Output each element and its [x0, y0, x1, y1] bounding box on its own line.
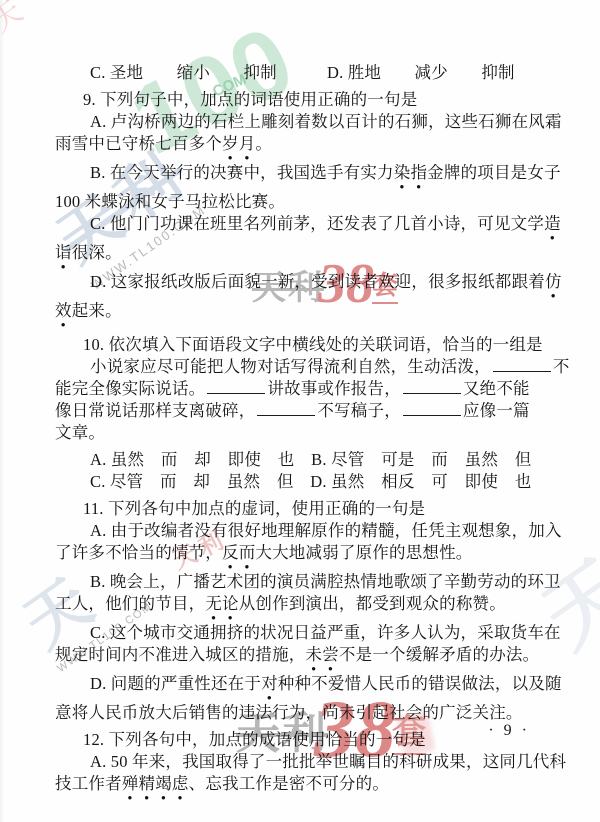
text-segment: 9. 下列句子中，加点的词语使用正确的一句是	[83, 90, 417, 109]
page-number: · 9 ·	[488, 722, 530, 740]
emphasized-text: 反而	[222, 543, 255, 562]
emphasized-text: 诣	[55, 243, 72, 262]
text-segment: 金牌的项目是女子	[427, 163, 561, 182]
blank-underline	[207, 379, 265, 394]
text-segment: 像日常说话那样支离破碎，	[55, 401, 255, 420]
text-segment: 种种不爱惜人民币的错误做法，以及随	[278, 674, 562, 693]
text-segment: 10. 依次填入下面语段文字中横线处的关联词语，恰当的一组是	[83, 335, 543, 354]
text-segment: 很深。	[72, 243, 122, 262]
emphasized-text: 岁月	[222, 134, 255, 153]
text-segment: C. 尽管 而 却 虽然 但 D. 虽然 相反 可 即使 也	[90, 472, 531, 491]
text-segment: 小说家应尽可能把人物对话写得流利自然，生动活泼，	[90, 357, 491, 376]
q8-options-cd: C. 圣地 缩小 抑制 D. 胜地 减少 抑制	[55, 62, 560, 84]
text-segment: 工人，他们的节目，	[55, 594, 205, 613]
text-segment: 12. 下列各句中，加点的成语使用恰当的一句是	[83, 730, 426, 749]
text-segment: D. 问题的严重性还在于	[90, 674, 261, 693]
emphasized-text: 对	[261, 674, 278, 693]
q10-passage-line1: 小说家应尽可能把人物对话写得流利自然，生动活泼，不	[55, 356, 560, 378]
text-segment: A. 卢沟桥两边的石栏上雕刻着数以百计的石狮，这些石狮在风霜	[90, 112, 562, 131]
text-segment: D. 这家报纸改版后面貌一新，受到读者欢迎，很多报纸都跟着	[90, 272, 545, 291]
q11-header: 11. 下列各句中加点的虚词，使用正确的一句是	[55, 498, 560, 520]
blank-underline	[403, 379, 461, 394]
text-segment: B. 在今天举行的决赛中，我国选手有实力	[90, 163, 394, 182]
q9-option-c-line1: C. 他门门功课在班里名列前茅，还发表了几首小诗，可见文学造	[55, 213, 560, 242]
q11-option-c-line1: C. 这个城市交通拥挤的状况日益严重，许多人认为，采取货车在	[55, 622, 560, 644]
q9-option-b-line2: 100 米蝶泳和女子马拉松比赛。	[55, 191, 560, 213]
text-segment: 讲故事或作报告，	[267, 379, 401, 398]
q10-options-ab: A. 虽然 而 却 即使 也 B. 尽管 可是 而 虽然 但	[55, 449, 560, 471]
text-segment: 了许多不恰当的情节，	[55, 543, 222, 562]
q11-option-d-line2: 意将人民币放大后销售的违法行为，尚未引起社会的广泛关注。	[55, 702, 560, 724]
text-segment: 不	[553, 357, 570, 376]
q9-option-a-line1: A. 卢沟桥两边的石栏上雕刻着数以百计的石狮，这些石狮在风霜	[55, 111, 560, 133]
q9-option-b-line1: B. 在今天举行的决赛中，我国选手有实力染指金牌的项目是女子	[55, 162, 560, 191]
q9-option-a-line2: 雨雪中已守桥七百多个岁月。	[55, 133, 560, 162]
text-segment: 大大地减弱了原作的思想性。	[255, 543, 472, 562]
text-segment: 技工作者	[55, 774, 122, 793]
text-segment: 规定时间内不准进入城区的措施，	[55, 645, 306, 664]
scanned-exam-page: 天 天利 WWW.TL100.COM 100 .COM 天利 38 套 天利 天…	[0, 0, 600, 822]
text-segment: B. 晚会上，广播艺术团的演员满腔热情地歌颂了辛勤劳动的环卫	[90, 572, 561, 591]
blank-underline	[403, 401, 461, 416]
blank-underline	[257, 401, 315, 416]
text-segment: 不是一个缓解矛盾的办法。	[339, 645, 539, 664]
q12-option-a-line1: A. 50 年来，我国取得了一批批举世瞩目的科研成果，这同几代科	[55, 751, 560, 773]
text-segment: 。	[255, 134, 272, 153]
emphasized-text: 殚精竭虑	[122, 774, 189, 793]
q12-header: 12. 下列各句中，加点的成语使用恰当的一句是	[55, 729, 560, 751]
text-segment: C. 这个城市交通拥挤的状况日益严重，许多人认为，采取货车在	[90, 623, 561, 642]
emphasized-text: 仿	[545, 272, 562, 291]
emphasized-text: 染指	[394, 163, 427, 182]
blank-underline	[493, 357, 551, 372]
text-segment: 应像一篇	[463, 401, 530, 420]
text-segment: 、忘我工作是密不可分的。	[189, 774, 389, 793]
q10-header: 10. 依次填入下面语段文字中横线处的关联词语，恰当的一组是	[55, 334, 560, 356]
q11-option-a-line2: 了许多不恰当的情节，反而大大地减弱了原作的思想性。	[55, 542, 560, 571]
text-segment: 能完全像实际说话。	[55, 379, 205, 398]
q10-passage-line2: 能完全像实际说话。讲故事或作报告，又绝不能	[55, 378, 560, 400]
q9-header: 9. 下列句子中，加点的词语使用正确的一句是	[55, 89, 560, 111]
text-segment: 11. 下列各句中加点的虚词，使用正确的一句是	[83, 499, 425, 518]
text-segment: 意将人民币放大后销售的违法行为，尚未引起社会的广泛关注。	[55, 703, 523, 722]
q10-options-cd: C. 尽管 而 却 虽然 但 D. 虽然 相反 可 即使 也	[55, 471, 560, 493]
text-segment: C. 圣地 缩小 抑制 D. 胜地 减少 抑制	[90, 63, 515, 82]
text-segment: 又绝不能	[463, 379, 530, 398]
text-segment: A. 虽然 而 却 即使 也 B. 尽管 可是 而 虽然 但	[90, 450, 531, 469]
q11-option-a-line1: A. 由于改编者没有很好地理解原作的精髓，任凭主观想象，加入	[55, 520, 560, 542]
text-segment: 100 米蝶泳和女子马拉松比赛。	[55, 192, 285, 211]
q11-option-b-line1: B. 晚会上，广播艺术团的演员满腔热情地歌颂了辛勤劳动的环卫	[55, 571, 560, 593]
text-segment: 起来。	[72, 301, 122, 320]
text-segment: 雨雪中已守桥七百多个	[55, 134, 222, 153]
text-segment: A. 由于改编者没有很好地理解原作的精髓，任凭主观想象，加入	[90, 521, 562, 540]
watermark-corner-mark: 天	[0, 0, 30, 41]
text-segment: 从创作到演出，都受到观众的称赞。	[239, 594, 506, 613]
q9-option-c-line2: 诣很深。	[55, 242, 560, 271]
emphasized-text: 无论	[205, 594, 238, 613]
q11-option-c-line2: 规定时间内不准进入城区的措施，未尝不是一个缓解矛盾的办法。	[55, 644, 560, 673]
text-segment: 文章。	[55, 423, 105, 442]
q9-option-d-line2: 效起来。	[55, 300, 560, 329]
q10-passage-line4: 文章。	[55, 422, 560, 444]
emphasized-text: 造	[544, 214, 561, 233]
emphasized-text: 未尝	[306, 645, 339, 664]
q11-option-b-line2: 工人，他们的节目，无论从创作到演出，都受到观众的称赞。	[55, 593, 560, 622]
q10-passage-line3: 像日常说话那样支离破碎，不写稿子，应像一篇	[55, 400, 560, 422]
q9-option-d-line1: D. 这家报纸改版后面貌一新，受到读者欢迎，很多报纸都跟着仿	[55, 271, 560, 300]
q11-option-d-line1: D. 问题的严重性还在于对种种不爱惜人民币的错误做法，以及随	[55, 673, 560, 702]
text-segment: C. 他门门功课在班里名列前茅，还发表了几首小诗，可见文学	[90, 214, 544, 233]
exam-text-block: C. 圣地 缩小 抑制 D. 胜地 减少 抑制9. 下列句子中，加点的词语使用正…	[55, 62, 560, 802]
emphasized-text: 效	[55, 301, 72, 320]
text-segment: A. 50 年来，我国取得了一批批举世瞩目的科研成果，这同几代科	[90, 752, 566, 771]
text-segment: 不写稿子，	[317, 401, 401, 420]
q12-option-a-line2: 技工作者殚精竭虑、忘我工作是密不可分的。	[55, 773, 560, 802]
